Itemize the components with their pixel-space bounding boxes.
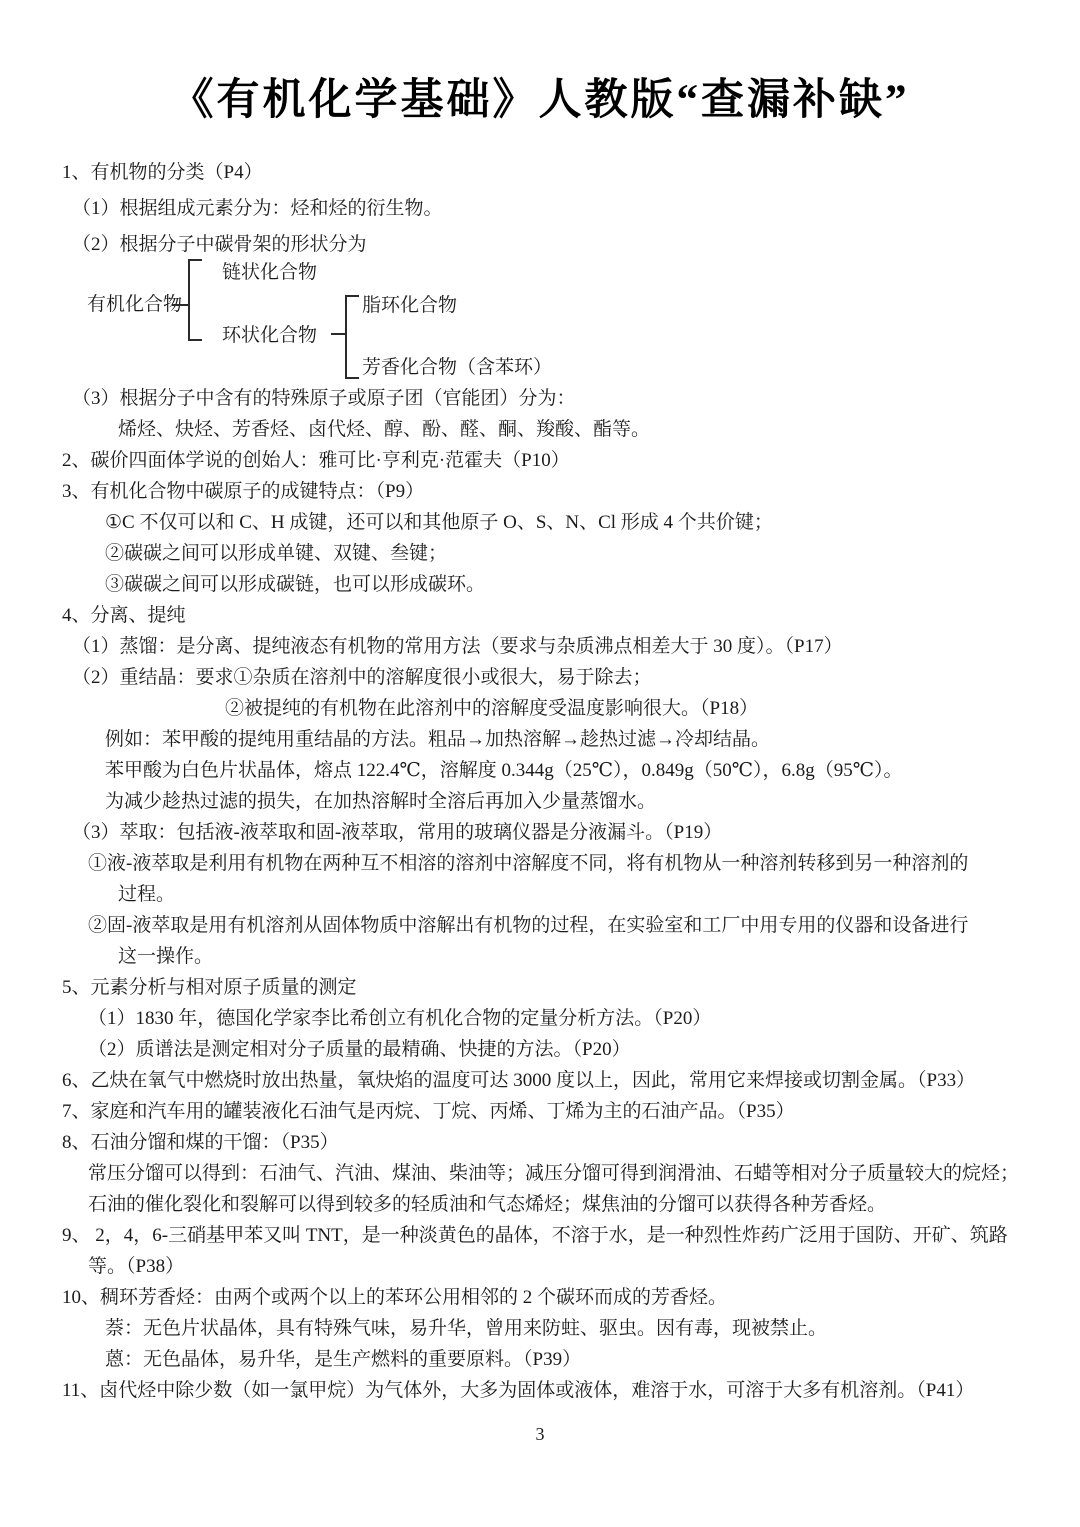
text-line: 9、 2，4，6-三硝基甲苯又叫 TNT，是一种淡黄色的晶体，不溶于水，是一种烈… (0, 1220, 1080, 1251)
text-line: ③碳碳之间可以形成碳链，也可以形成碳环。 (0, 569, 1080, 600)
text-line: 3、有机化合物中碳原子的成键特点：（P9） (0, 476, 1080, 507)
text-line: （1）根据组成元素分为：烃和烃的衍生物。 (0, 191, 1080, 227)
diagram-leaf-label: 脂环化合物 (362, 290, 457, 317)
document-body: 1、有机物的分类（P4）（1）根据组成元素分为：烃和烃的衍生物。（2）根据分子中… (0, 155, 1080, 1406)
diagram-branch-label: 链状化合物 (222, 257, 317, 284)
text-line: 苯甲酸为白色片状晶体，熔点 122.4℃，溶解度 0.344g（25℃），0.8… (0, 755, 1080, 786)
text-line: ②被提纯的有机物在此溶剂中的溶解度受温度影响很大。（P18） (0, 693, 1080, 724)
document-page: 《有机化学基础》人教版“查漏补缺” 1、有机物的分类（P4）（1）根据组成元素分… (0, 0, 1080, 1527)
diagram-branch-label: 环状化合物 (222, 320, 317, 347)
text-line: 等。（P38） (0, 1251, 1080, 1282)
diagram-leaf-label: 芳香化合物（含苯环） (362, 352, 552, 379)
text-line: 这一操作。 (0, 941, 1080, 972)
text-line: 11、卤代烃中除少数（如一氯甲烷）为气体外，大多为固体或液体，难溶于水，可溶于大… (0, 1375, 1080, 1406)
text-line: （2）重结晶：要求①杂质在溶剂中的溶解度很小或很大，易于除去； (0, 662, 1080, 693)
diagram-root-label: 有机化合物 (87, 289, 182, 316)
lines-bottom: （3）根据分子中含有的特殊原子或原子团（官能团）分为：烯烃、炔烃、芳香烃、卤代烃… (0, 383, 1080, 1406)
text-line: 6、乙炔在氧气中燃烧时放出热量，氧炔焰的温度可达 3000 度以上，因此，常用它… (0, 1065, 1080, 1096)
text-line: （1）1830 年，德国化学家李比希创立有机化合物的定量分析方法。（P20） (0, 1003, 1080, 1034)
lines-top: 1、有机物的分类（P4）（1）根据组成元素分为：烃和烃的衍生物。（2）根据分子中… (0, 155, 1080, 263)
text-line: 4、分离、提纯 (0, 600, 1080, 631)
text-line: 常压分馏可以得到：石油气、汽油、煤油、柴油等；减压分馏可得到润滑油、石蜡等相对分… (0, 1158, 1080, 1189)
text-line: ①C 不仅可以和 C、H 成键，还可以和其他原子 O、S、N、Cl 形成 4 个… (0, 507, 1080, 538)
text-line: 石油的催化裂化和裂解可以得到较多的轻质油和气态烯烃；煤焦油的分馏可以获得各种芳香… (0, 1189, 1080, 1220)
diagram-bracket (188, 259, 202, 341)
diagram-bracket (345, 295, 359, 379)
diagram-connector-line (331, 333, 346, 335)
text-line: 10、稠环芳香烃：由两个或两个以上的苯环公用相邻的 2 个碳环而成的芳香烃。 (0, 1282, 1080, 1313)
text-line: 萘：无色片状晶体，具有特殊气味，易升华，曾用来防蛀、驱虫。因有毒，现被禁止。 (0, 1313, 1080, 1344)
text-line: （2）质谱法是测定相对分子质量的最精确、快捷的方法。（P20） (0, 1034, 1080, 1065)
text-line: 1、有机物的分类（P4） (0, 155, 1080, 191)
text-line: 为减少趁热过滤的损失，在加热溶解时全溶后再加入少量蒸馏水。 (0, 786, 1080, 817)
classification-diagram: 有机化合物 链状化合物 环状化合物 脂环化合物 芳香化合物（含苯环） (0, 263, 1080, 383)
text-line: （2）根据分子中碳骨架的形状分为 (0, 227, 1080, 263)
text-line: 2、碳价四面体学说的创始人：雅可比·亨利克·范霍夫（P10） (0, 445, 1080, 476)
text-line: （3）萃取：包括液-液萃取和固-液萃取，常用的玻璃仪器是分液漏斗。（P19） (0, 817, 1080, 848)
page-number: 3 (0, 1424, 1080, 1445)
text-line: 例如：苯甲酸的提纯用重结晶的方法。粗品→加热溶解→趁热过滤→冷却结晶。 (0, 724, 1080, 755)
text-line: 蒽：无色晶体，易升华，是生产燃料的重要原料。（P39） (0, 1344, 1080, 1375)
text-line: 7、家庭和汽车用的罐装液化石油气是丙烷、丁烷、丙烯、丁烯为主的石油产品。（P35… (0, 1096, 1080, 1127)
text-line: ②固-液萃取是用有机溶剂从固体物质中溶解出有机物的过程，在实验室和工厂中用专用的… (0, 910, 1080, 941)
text-line: 烯烃、炔烃、芳香烃、卤代烃、醇、酚、醛、酮、羧酸、酯等。 (0, 414, 1080, 445)
text-line: 过程。 (0, 879, 1080, 910)
text-line: ②碳碳之间可以形成单键、双键、叁键； (0, 538, 1080, 569)
page-title: 《有机化学基础》人教版“查漏补缺” (0, 0, 1080, 127)
text-line: ①液-液萃取是利用有机物在两种互不相溶的溶剂中溶解度不同，将有机物从一种溶剂转移… (0, 848, 1080, 879)
text-line: 5、元素分析与相对原子质量的测定 (0, 972, 1080, 1003)
text-line: （3）根据分子中含有的特殊原子或原子团（官能团）分为： (0, 383, 1080, 414)
text-line: （1）蒸馏：是分离、提纯液态有机物的常用方法（要求与杂质沸点相差大于 30 度）… (0, 631, 1080, 662)
diagram-connector-line (172, 304, 189, 306)
text-line: 8、石油分馏和煤的干馏：（P35） (0, 1127, 1080, 1158)
